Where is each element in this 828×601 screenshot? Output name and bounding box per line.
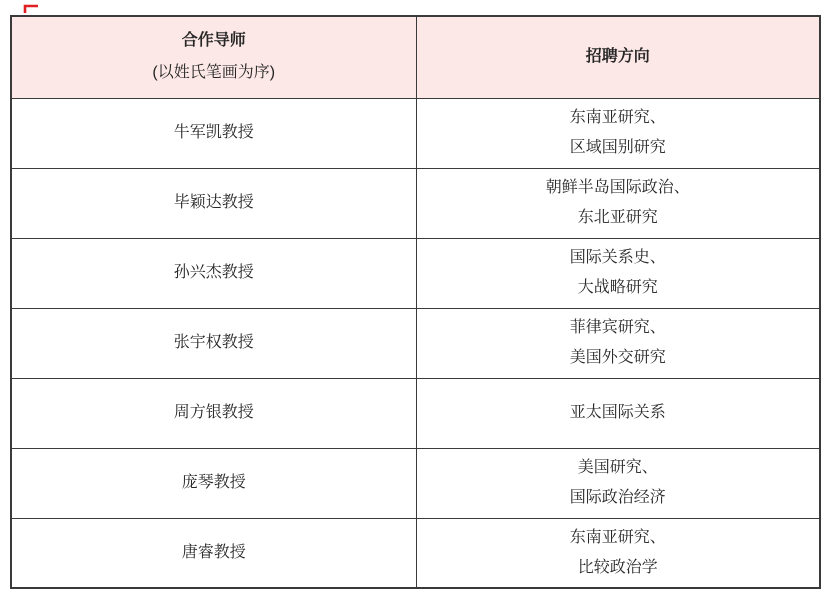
direction-line: 美国外交研究 — [417, 343, 820, 373]
mentor-name-cell: 张宇权教授 — [11, 308, 416, 378]
table-head: 合作导师 (以姓氏笔画为序) 招聘方向 — [11, 16, 820, 98]
direction-cell: 朝鲜半岛国际政治、 东北亚研究 — [416, 168, 820, 238]
red-mark-icon — [22, 3, 40, 14]
mentor-name-cell: 孙兴杰教授 — [11, 238, 416, 308]
direction-line: 大战略研究 — [417, 273, 820, 303]
direction-cell: 亚太国际关系 — [416, 378, 820, 448]
cropped-red-text-fragment — [22, 1, 40, 12]
direction-line: 东北亚研究 — [417, 203, 820, 233]
header-cell-direction: 招聘方向 — [416, 16, 820, 98]
direction-line: 比较政治学 — [417, 553, 820, 583]
mentor-name: 唐睿教授 — [12, 538, 416, 568]
header-mentor-subtitle: (以姓氏笔画为序) — [12, 57, 416, 89]
mentor-name: 牛军凯教授 — [12, 118, 416, 148]
mentor-name-cell: 唐睿教授 — [11, 518, 416, 588]
direction-line: 东南亚研究、 — [417, 103, 820, 133]
direction-line: 国际政治经济 — [417, 483, 820, 513]
mentor-name: 周方银教授 — [12, 398, 416, 428]
direction-line: 菲律宾研究、 — [417, 313, 820, 343]
table-header-row: 合作导师 (以姓氏笔画为序) 招聘方向 — [11, 16, 820, 98]
mentor-name: 毕颖达教授 — [12, 188, 416, 218]
mentor-name: 孙兴杰教授 — [12, 258, 416, 288]
mentor-name: 庞琴教授 — [12, 468, 416, 498]
direction-line: 国际关系史、 — [417, 243, 820, 273]
direction-line: 区域国别研究 — [417, 133, 820, 163]
table-row: 庞琴教授 美国研究、 国际政治经济 — [11, 448, 820, 518]
header-direction-title: 招聘方向 — [417, 41, 820, 73]
mentor-name: 张宇权教授 — [12, 328, 416, 358]
direction-cell: 国际关系史、 大战略研究 — [416, 238, 820, 308]
table-row: 唐睿教授 东南亚研究、 比较政治学 — [11, 518, 820, 588]
table-row: 周方银教授 亚太国际关系 — [11, 378, 820, 448]
mentor-name-cell: 牛军凯教授 — [11, 98, 416, 168]
table-row: 孙兴杰教授 国际关系史、 大战略研究 — [11, 238, 820, 308]
direction-cell: 美国研究、 国际政治经济 — [416, 448, 820, 518]
table-body: 牛军凯教授 东南亚研究、 区域国别研究 毕颖达教授 朝鲜半岛国际政治、 东北亚研… — [11, 98, 820, 588]
mentor-name-cell: 周方银教授 — [11, 378, 416, 448]
direction-cell: 东南亚研究、 区域国别研究 — [416, 98, 820, 168]
header-cell-mentor: 合作导师 (以姓氏笔画为序) — [11, 16, 416, 98]
table-row: 牛军凯教授 东南亚研究、 区域国别研究 — [11, 98, 820, 168]
direction-line: 美国研究、 — [417, 453, 820, 483]
direction-cell: 东南亚研究、 比较政治学 — [416, 518, 820, 588]
direction-line: 亚太国际关系 — [417, 398, 820, 428]
header-mentor-title: 合作导师 — [12, 25, 416, 57]
direction-line: 朝鲜半岛国际政治、 — [417, 173, 820, 203]
direction-cell: 菲律宾研究、 美国外交研究 — [416, 308, 820, 378]
mentor-name-cell: 毕颖达教授 — [11, 168, 416, 238]
direction-line: 东南亚研究、 — [417, 523, 820, 553]
mentor-name-cell: 庞琴教授 — [11, 448, 416, 518]
table-row: 张宇权教授 菲律宾研究、 美国外交研究 — [11, 308, 820, 378]
page: 合作导师 (以姓氏笔画为序) 招聘方向 牛军凯教授 东南亚研究、 区域国别研究 … — [0, 0, 828, 601]
mentor-table: 合作导师 (以姓氏笔画为序) 招聘方向 牛军凯教授 东南亚研究、 区域国别研究 … — [10, 15, 821, 589]
table-row: 毕颖达教授 朝鲜半岛国际政治、 东北亚研究 — [11, 168, 820, 238]
